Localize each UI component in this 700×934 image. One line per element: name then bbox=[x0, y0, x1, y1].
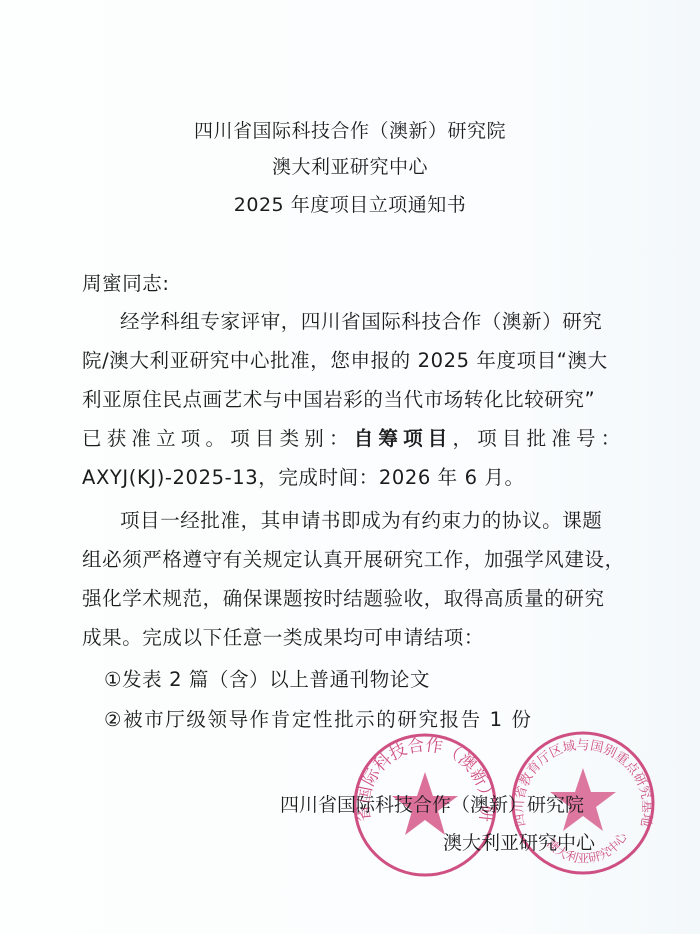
requirement-item: ②被市厅级领导作肯定性批示的研究报告 1 份 bbox=[104, 704, 533, 732]
paragraph2-line: 成果。完成以下任意一类成果均可申请结项： bbox=[82, 622, 484, 650]
document-title: 2025 年度项目立项通知书 bbox=[0, 190, 700, 217]
document-page: 四川省国际科技合作（澳新）研究院 澳大利亚研究中心 2025 年度项目立项通知书… bbox=[0, 0, 700, 934]
paragraph1-line: AXYJ(KJ)-2025-13，完成时间：2026 年 6 月。 bbox=[82, 462, 525, 490]
requirement-item: ①发表 2 篇（含）以上普通刊物论文 bbox=[104, 664, 430, 692]
paragraph2-line: 组必须严格遵守有关规定认真开展研究工作，加强学风建设， bbox=[82, 544, 625, 572]
text-fragment: ，项目批准号： bbox=[453, 427, 626, 450]
text-fragment: 。 bbox=[504, 466, 524, 489]
paragraph1-line: 经学科组专家评审，四川省国际科技合作（澳新）研究 bbox=[120, 306, 602, 334]
paragraph2-line: 强化学术规范，确保课题按时结题验收，取得高质量的研究 bbox=[82, 583, 605, 611]
paragraph1-line: 利亚原住民点画艺术与中国岩彩的当代市场转化比较研究” bbox=[82, 384, 595, 412]
header-center: 澳大利亚研究中心 bbox=[0, 152, 700, 179]
approval-number: AXYJ(KJ)-2025-13 bbox=[82, 466, 258, 489]
paragraph2-line: 项目一经批准，其申请书即成为有约束力的协议。课题 bbox=[120, 505, 602, 533]
paragraph1-line: 已获准立项。项目类别：自筹项目，项目批准号： bbox=[82, 423, 625, 451]
signature-institute: 四川省国际科技合作（澳新）研究院 bbox=[280, 790, 584, 817]
signature-center: 澳大利亚研究中心 bbox=[443, 828, 595, 855]
paragraph1-line: 院/澳大利亚研究中心批准，您申报的 2025 年度项目“澳大 bbox=[82, 345, 608, 373]
header-institute: 四川省国际科技合作（澳新）研究院 bbox=[0, 116, 700, 143]
salutation: 周蜜同志: bbox=[82, 268, 170, 296]
project-category: 自筹项目 bbox=[354, 427, 453, 450]
text-fragment: ，完成时间： bbox=[258, 466, 379, 489]
completion-date: 2026 年 6 月 bbox=[379, 466, 505, 489]
text-fragment: 已获准立项。项目类别： bbox=[82, 427, 354, 450]
